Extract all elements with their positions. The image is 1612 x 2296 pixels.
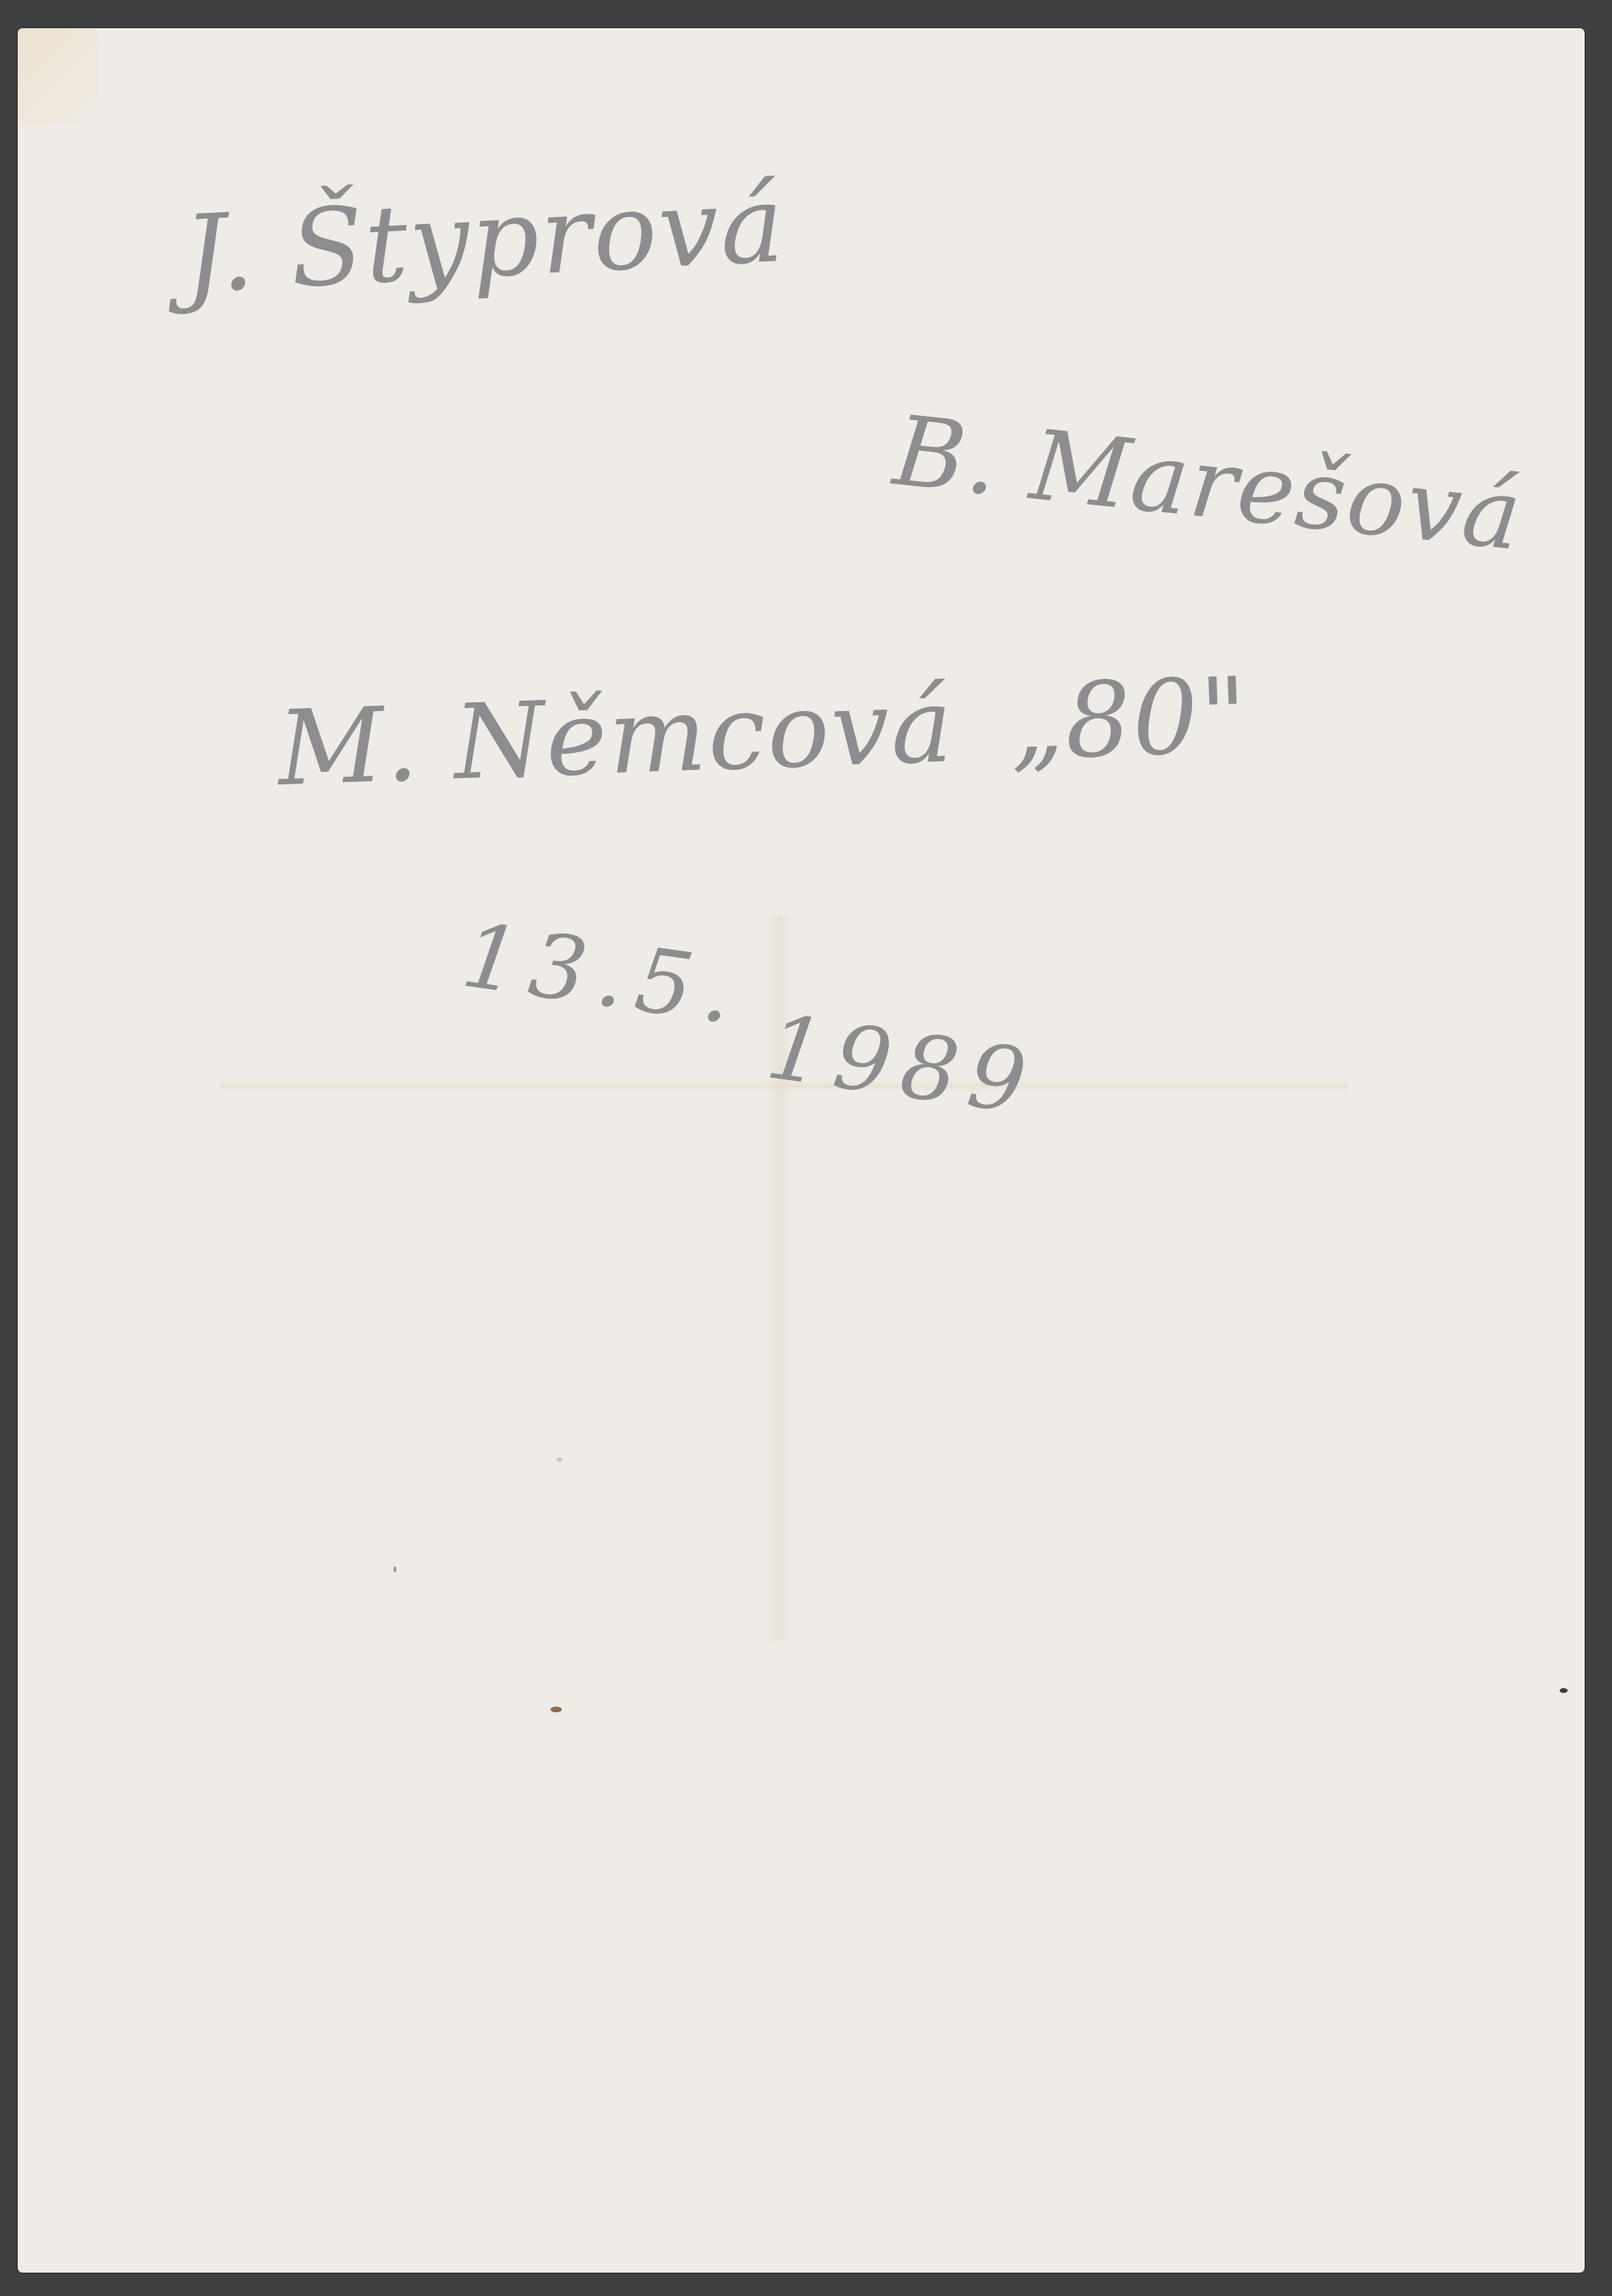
corner-stain (18, 28, 98, 125)
speck-mark (550, 1707, 562, 1712)
speck-mark (556, 1458, 563, 1462)
speck-mark (1560, 1688, 1568, 1693)
inscription-name-3-text: M. Němcová (276, 666, 956, 809)
photo-card-reverse (18, 28, 1585, 2273)
inscription-quote-80: „80" (1008, 655, 1251, 784)
speck-mark (393, 1566, 397, 1572)
